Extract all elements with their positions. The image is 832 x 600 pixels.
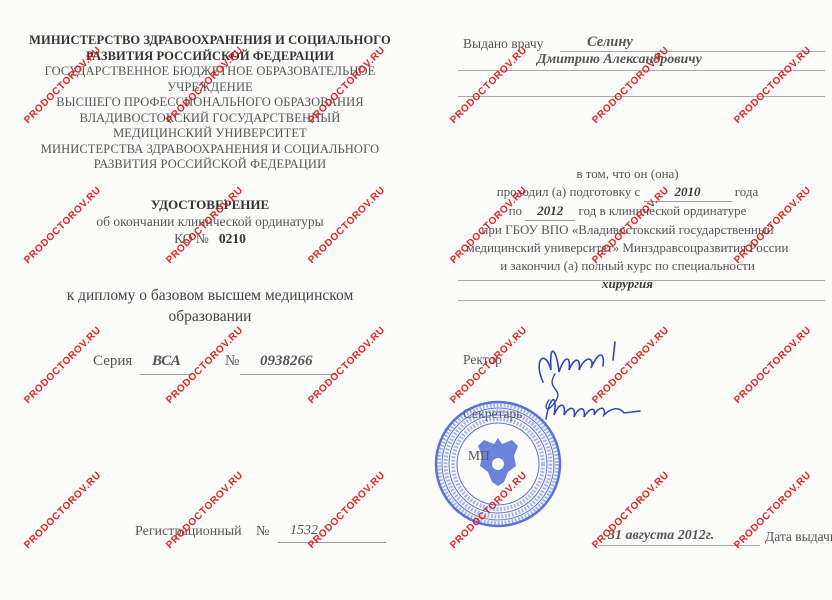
number-label: № [225, 353, 239, 370]
training-from-line: проходил (а) подготовку с 2010 года [430, 183, 825, 202]
certificate-spread: МИНИСТЕРСТВО ЗДРАВООХРАНЕНИЯ И СОЦИАЛЬНО… [0, 0, 832, 600]
issuer-header: МИНИСТЕРСТВО ЗДРАВООХРАНЕНИЯ И СОЦИАЛЬНО… [0, 33, 420, 173]
registration-underline [278, 542, 386, 543]
series-label: Серия [93, 353, 132, 370]
issue-date-label: Дата выдачи [765, 529, 832, 545]
header-line: МЕДИЦИНСКИЙ УНИВЕРСИТЕТ [0, 126, 420, 142]
certificate-title-block: УДОСТОВЕРЕНИЕ об окончании клинической о… [0, 197, 420, 247]
left-page: МИНИСТЕРСТВО ЗДРАВООХРАНЕНИЯ И СОЦИАЛЬНО… [0, 0, 420, 600]
diploma-line-1: к диплому о базовом высшем медицинском [0, 285, 420, 306]
registration-number-label: № [256, 524, 269, 540]
header-line: ВЛАДИВОСТОКСКИЙ ГОСУДАРСТВЕННЫЙ [0, 111, 420, 127]
training-statement: в том, что он (она) проходил (а) подгото… [430, 165, 825, 293]
specialty: хирургия [430, 275, 825, 293]
certificate-subtitle: об окончании клинической ординатуры [0, 213, 420, 230]
issued-to-label: Выдано врачу [463, 36, 543, 52]
registration-number: 1532 [290, 523, 318, 539]
header-line: РАЗВИТИЯ РОССИЙСКОЙ ФЕДЕРАЦИИ [0, 157, 420, 173]
institution-line-1: при ГБОУ ВПО «Владивостокский государств… [430, 221, 825, 239]
number-value: 0938266 [260, 353, 313, 370]
certificate-title: УДОСТОВЕРЕНИЕ [0, 197, 420, 213]
header-line: МИНИСТЕРСТВА ЗДРАВООХРАНЕНИЯ И СОЦИАЛЬНО… [0, 142, 420, 158]
diploma-line-2: образовании [0, 306, 420, 327]
certificate-number-line: КО № 0210 [0, 230, 420, 247]
training-to-line: по 2012 год в клинической ординатуре [430, 202, 825, 221]
given-names-underline [458, 70, 825, 71]
header-line: МИНИСТЕРСТВО ЗДРАВООХРАНЕНИЯ И СОЦИАЛЬНО… [0, 33, 420, 49]
issue-date: 31 августа 2012г. [608, 528, 714, 544]
number-underline [240, 374, 336, 375]
institution-line-2: медицинский университет» Минздравсоцразв… [430, 239, 825, 257]
series-underline [140, 374, 192, 375]
year-from: 2010 [644, 183, 732, 202]
registration-label: Регистрационный [135, 524, 242, 540]
recipient-given-names: Дмитрию Александровичу [537, 52, 702, 68]
seal-label: МП [468, 448, 490, 464]
header-line: ВЫСШЕГО ПРОФЕССИОНАЛЬНОГО ОБРАЗОВАНИЯ [0, 95, 420, 111]
that-line: в том, что он (она) [430, 165, 825, 183]
completed-line: и закончил (а) полный курс по специально… [430, 257, 825, 275]
specialty-underline [458, 280, 825, 281]
header-line: РАЗВИТИЯ РОССИЙСКОЙ ФЕДЕРАЦИИ [0, 49, 420, 65]
recipient-surname: Селину [587, 34, 633, 51]
header-line: ГОСУДАРСТВЕННОЕ БЮДЖЕТНОЕ ОБРАЗОВАТЕЛЬНО… [0, 64, 420, 80]
rector-label: Ректор [463, 352, 502, 368]
header-line: УЧРЕЖДЕНИЕ [0, 80, 420, 96]
issue-date-underline [598, 545, 760, 546]
year-to: 2012 [525, 202, 575, 221]
diploma-reference: к диплому о базовом высшем медицинском о… [0, 285, 420, 327]
certificate-number-label: КО № [174, 231, 209, 246]
series-value: ВСА [152, 353, 181, 370]
secretary-signature-icon [540, 385, 650, 435]
blank-underline [458, 96, 825, 97]
specialty-underline-2 [458, 300, 825, 301]
certificate-number: 0210 [219, 231, 246, 246]
